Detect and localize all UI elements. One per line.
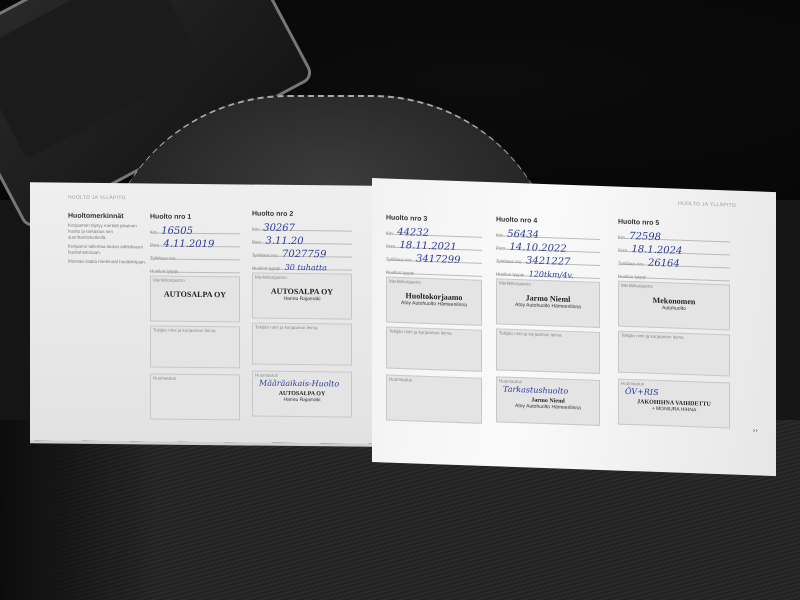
service-entry: Huolto nro 2 Km 30267 Pvm 3.11.20 Työtil… <box>252 211 352 418</box>
service-column-1: Huolto nro 1 Km 16505 Pvm 4.11.2019 Työt… <box>150 213 240 420</box>
service-entry: Huolto nro 4 Km 56434 Pvm 14.10.2022 Työ… <box>496 216 600 426</box>
field-label: Merkkikorjaamo <box>497 279 599 290</box>
field-row: Huollon tyyppi 120tkm/4v. <box>496 262 600 279</box>
field-label: Tekijän nimi ja korjaamon leima <box>619 332 729 343</box>
left-page: HUOLTO JA YLLÄPITO Huoltomerkinnät Korja… <box>30 182 372 444</box>
signature-box: Tekijän nimi ja korjaamon leima <box>496 328 600 374</box>
field-label: Merkkikorjaamo <box>151 276 239 284</box>
field-label: Tekijän nimi ja korjaamon leima <box>151 326 239 334</box>
service-stamp-name: AUTOSALPA OY <box>151 289 239 299</box>
field-row: Huollon tyyppi Määräaikaishuolto <box>150 259 240 273</box>
field-row: Huollon tyyppi <box>618 265 730 282</box>
field-label: Huollon tyyppi <box>252 266 280 271</box>
intro-title: Huoltomerkinnät <box>68 213 148 221</box>
service-column-5: Huolto nro 5 Km 72598 Pvm 18.1.2024 Työt… <box>618 219 730 429</box>
field-label: Huollon tyyppi <box>496 271 524 277</box>
service-notes-stamp-sub <box>387 386 481 389</box>
field-label: Merkkikorjaamo <box>619 282 729 293</box>
workshop-stamp-box: Merkkikorjaamo AUTOSALPA OY Hannu Rajamä… <box>252 273 352 320</box>
field-row: Pvm 4.11.2019 <box>150 233 240 247</box>
workshop-stamp-box: Merkkikorjaamo Jarmo Nieml Atoy Autohuol… <box>496 278 600 328</box>
field-label: Huomautus <box>387 376 481 386</box>
service-notes-stamp-sub: Hannu Rajamäki <box>253 397 351 404</box>
intro-section: Huoltomerkinnät Korjaamon täytyy merkitä… <box>68 213 148 266</box>
field-label: Tekijän nimi ja korjaamon leima <box>387 328 481 338</box>
field-row: Pvm 3.11.20 <box>252 231 352 245</box>
service-column-2: Huolto nro 2 Km 30267 Pvm 3.11.20 Työtil… <box>252 211 352 418</box>
notes-box: Huomautus <box>386 374 482 423</box>
notes-box: Huomautus Tarkastushuolto Jarmo Nieml At… <box>496 376 600 426</box>
field-row: Huollon tyyppi 30 tuhatta <box>252 257 352 271</box>
service-notes: Määräaikais-Huolto <box>253 379 351 389</box>
field-label: Huomautus <box>151 374 239 382</box>
field-label: Tekijän nimi ja korjaamon leima <box>497 329 599 340</box>
signature-box: Tekijän nimi ja korjaamon leima <box>252 323 352 366</box>
service-entry: Huolto nro 3 Km 44232 Pvm 18.11.2021 Työ… <box>386 214 482 423</box>
field-label: Tekijän nimi ja korjaamon leima <box>253 324 351 332</box>
field-row: Huollon tyyppi <box>386 260 482 276</box>
page-header: HUOLTO JA YLLÄPITO <box>68 195 126 202</box>
service-service-type: 30 tuhatta <box>285 263 327 272</box>
field-label: Huollon tyyppi <box>386 269 414 275</box>
page-header: HUOLTO JA YLLÄPITO <box>678 201 736 209</box>
notes-box: Huomautus ÖV+RIS JAKOHIHNA VAIHDETTU + M… <box>618 379 730 429</box>
service-notes-stamp-sub <box>151 384 239 385</box>
service-notes-stamp <box>151 384 239 385</box>
next-page-arrow: ›› <box>753 427 758 434</box>
field-label: Huollon tyyppi <box>150 268 178 273</box>
service-stamp-sub: Hannu Rajamäki <box>253 296 351 303</box>
service-entry: Huolto nro 1 Km 16505 Pvm 4.11.2019 Työt… <box>150 213 240 420</box>
field-label: Merkkikorjaamo <box>253 274 351 282</box>
service-notes-stamp <box>387 386 481 389</box>
field-row: Työtilaus nro <box>150 246 240 260</box>
service-entry: Huolto nro 5 Km 72598 Pvm 18.1.2024 Työt… <box>618 219 730 429</box>
workshop-stamp-box: Merkkikorjaamo Huoltokorjaamo Atoy Autoh… <box>386 276 482 325</box>
service-service-type: 120tkm/4v. <box>529 269 574 280</box>
signature-box: Tekijän nimi ja korjaamon leima <box>386 326 482 371</box>
field-label: Merkkikorjaamo <box>387 278 481 288</box>
workshop-stamp-box: Merkkikorjaamo Mekonomen Autohuolto <box>618 281 730 331</box>
workshop-stamp-box: Merkkikorjaamo AUTOSALPA OY <box>150 275 240 322</box>
notes-box: Huomautus Määräaikais-Huolto AUTOSALPA O… <box>252 371 352 418</box>
field-row: Km 16505 <box>150 220 240 234</box>
signature-box: Tekijän nimi ja korjaamon leima <box>150 325 240 368</box>
field-row: Km 30267 <box>252 218 352 232</box>
service-column-3: Huolto nro 3 Km 44232 Pvm 18.11.2021 Työ… <box>386 214 482 423</box>
signature-box: Tekijän nimi ja korjaamon leima <box>618 331 730 377</box>
service-column-4: Huolto nro 4 Km 56434 Pvm 14.10.2022 Työ… <box>496 216 600 426</box>
right-page: HUOLTO JA YLLÄPITO Huolto nro 3 Km 44232… <box>372 178 776 476</box>
notes-box: Huomautus <box>150 373 240 420</box>
field-row: Työtilaus nro 7027759 <box>252 244 352 258</box>
field-label: Huollon tyyppi <box>618 274 646 280</box>
service-booklet: HUOLTO JA YLLÄPITO Huoltomerkinnät Korja… <box>30 178 776 468</box>
